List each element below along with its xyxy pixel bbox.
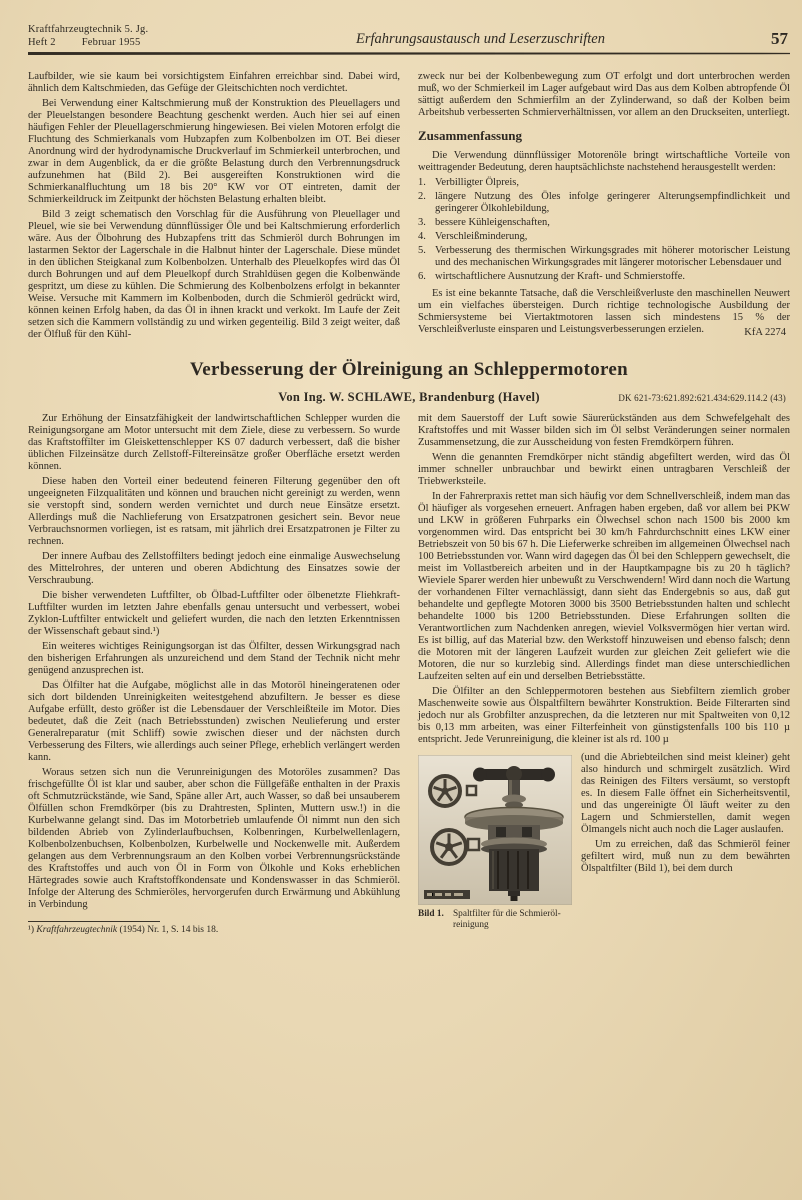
figure-label: Bild 1. <box>418 909 453 931</box>
article1-columns: Laufbilder, wie sie kaum bei vorsichtigs… <box>28 71 790 344</box>
paragraph: Das Ölfilter hat die Aufgabe, möglichst … <box>28 680 400 764</box>
summary-item: 3. bessere Kühleigenschaften, <box>418 217 790 229</box>
summary-heading: Zusammenfassung <box>418 128 790 144</box>
paragraph: Bei Verwendung einer Kaltschmierung muß … <box>28 98 400 206</box>
item-text: Verschleißminderung, <box>435 231 790 243</box>
paragraph: Zur Erhöhung der Einsatzfähigkeit der la… <box>28 413 400 473</box>
paragraph: In der Fahrerpraxis rettet man sich häuf… <box>418 491 790 683</box>
paragraph: Laufbilder, wie sie kaum bei vorsichtigs… <box>28 71 400 95</box>
summary-item: 4. Verschleißminderung, <box>418 231 790 243</box>
article1-right-column: zweck nur bei der Kolbenbewegung zum OT … <box>418 71 790 344</box>
footnote-source: Kraftfahrzeugtechnik <box>36 925 117 935</box>
article2-title: Verbesserung der Ölreinigung an Schleppe… <box>28 359 790 381</box>
item-number: 6. <box>418 271 435 283</box>
photo-watermark <box>424 890 470 899</box>
paragraph: Woraus setzen sich nun die Verunreinigun… <box>28 767 400 911</box>
paragraph: Der innere Aufbau des Zellstoffilters be… <box>28 551 400 587</box>
item-number: 4. <box>418 231 435 243</box>
item-number: 2. <box>418 191 435 215</box>
figure-caption-text: Spaltfilter für die Schmieröl­reinigung <box>453 909 572 931</box>
paragraph: Wenn die genannten Fremdkörper nicht stä… <box>418 452 790 488</box>
footnote-rule <box>28 921 160 922</box>
footnote: ¹) Kraftfahrzeugtechnik (1954) Nr. 1, S.… <box>28 925 400 936</box>
article1-left-column: Laufbilder, wie sie kaum bei vorsichtigs… <box>28 71 400 344</box>
summary-item: 1. Verbilligter Ölpreis, <box>418 177 790 189</box>
paragraph: Die Verwendung dünnflüssiger Motorenöle … <box>418 150 790 174</box>
filter-disc <box>430 776 460 806</box>
footnote-marker: ¹) <box>28 925 34 935</box>
filter-disc <box>432 830 466 864</box>
paragraph: Ein weiteres wichtiges Reinigungsorgan i… <box>28 641 400 677</box>
dk-classification: DK 621-73:621.892:621.434:629.114.2 (43) <box>618 393 786 403</box>
article2-columns: Zur Erhöhung der Einsatzfähigkeit der la… <box>28 413 790 936</box>
paragraph: Die bisher verwendeten Luftfilter, ob Öl… <box>28 590 400 638</box>
paragraph: zweck nur bei der Kolbenbewegung zum OT … <box>418 71 790 119</box>
figure-caption: Bild 1. Spaltfilter für die Schmieröl­re… <box>418 909 572 931</box>
item-text: Verbilligter Ölpreis, <box>435 177 790 189</box>
item-text: wirtschaftlichere Ausnutzung der Kraft- … <box>435 271 790 283</box>
paragraph: mit dem Sauerstoff der Luft sowie Säurer… <box>418 413 790 449</box>
page-number: 57 <box>728 29 790 49</box>
paragraph: Die Ölfilter an den Schleppermotoren bes… <box>418 686 790 746</box>
summary-item: 2. längere Nutzung des Öles infolge geri… <box>418 191 790 215</box>
journal-page: Kraftfahrzeugtechnik 5. Jg. Heft 2Februa… <box>0 0 802 1200</box>
journal-masthead: Kraftfahrzeugtechnik 5. Jg. Heft 2Februa… <box>28 24 233 49</box>
paragraph: Diese haben den Vorteil einer bedeutend … <box>28 476 400 548</box>
paragraph: Bild 3 zeigt schematisch den Vorschlag f… <box>28 209 400 341</box>
item-number: 5. <box>418 245 435 269</box>
item-text: bessere Kühleigenschaften, <box>435 217 790 229</box>
item-text: längere Nutzung des Öles infolge geringe… <box>435 191 790 215</box>
summary-item: 6. wirtschaftlichere Ausnutzung der Kraf… <box>418 271 790 283</box>
figure-bild-1: Bild 1. Spaltfilter für die Schmieröl­re… <box>418 755 572 931</box>
article2-header: Verbesserung der Ölreinigung an Schleppe… <box>28 359 790 404</box>
article2-right-column: mit dem Sauerstoff der Luft sowie Säurer… <box>418 413 790 936</box>
footnote-reference: (1954) Nr. 1, S. 14 bis 18. <box>120 925 219 935</box>
issue-date: Februar 1955 <box>82 37 141 48</box>
figure-block: Bild 1. Spaltfilter für die Schmieröl­re… <box>418 752 790 931</box>
byline-row: Von Ing. W. SCHLAWE, Brandenburg (Havel)… <box>28 388 790 404</box>
summary-item: 5. Verbesserung des thermischen Wirkungs… <box>418 245 790 269</box>
issue-line: Heft 2Februar 1955 <box>28 37 233 50</box>
spalt-filter-photo <box>418 755 572 905</box>
item-text: Verbesserung des thermischen Wirkungsgra… <box>435 245 790 269</box>
header-rule <box>28 52 790 55</box>
page-header: Kraftfahrzeugtechnik 5. Jg. Heft 2Februa… <box>28 24 790 49</box>
journal-title: Kraftfahrzeugtechnik 5. Jg. <box>28 24 233 37</box>
issue-number: Heft 2 <box>28 37 56 48</box>
article2-byline: Von Ing. W. SCHLAWE, Brandenburg (Havel) <box>278 390 540 405</box>
item-number: 3. <box>418 217 435 229</box>
article2-left-column: Zur Erhöhung der Einsatzfähigkeit der la… <box>28 413 400 936</box>
section-title: Erfahrungsaustausch und Leserzuschriften <box>233 31 728 49</box>
item-number: 1. <box>418 177 435 189</box>
